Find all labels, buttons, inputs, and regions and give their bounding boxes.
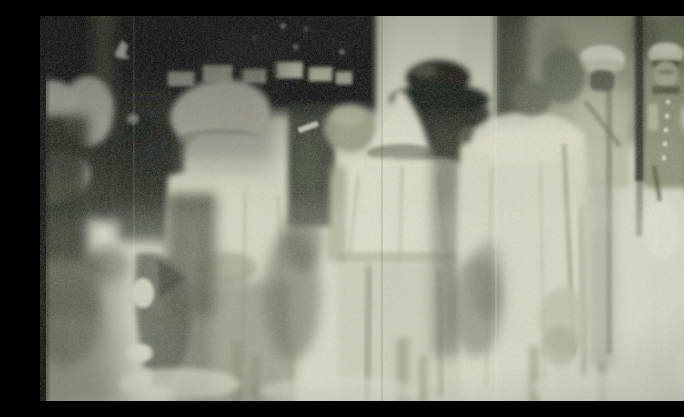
top-shade-overlay <box>40 16 684 401</box>
photo-canvas <box>40 16 684 401</box>
archival-photo-frame: Grainy archival monochrome film still: a… <box>40 16 684 401</box>
